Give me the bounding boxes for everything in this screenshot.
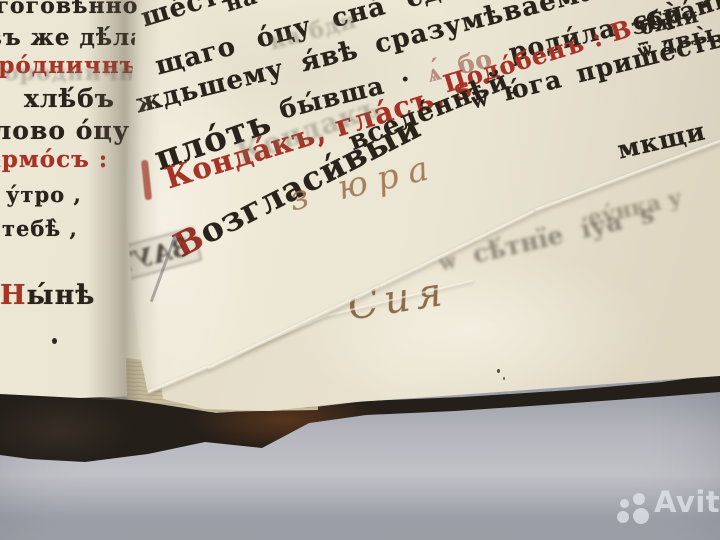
- red-ink-fleck: [141, 160, 152, 201]
- avito-logo-circle-icon: [633, 508, 649, 524]
- left-page-line-rubric: ірмо́съ :: [0, 146, 108, 173]
- ink-offset-ghost-text: ородничнъ: [4, 60, 154, 86]
- ink-fleck: [52, 338, 57, 344]
- ink-fleck: [503, 377, 505, 380]
- avito-watermark-label: Avito: [654, 485, 720, 519]
- ink-fleck: [497, 369, 500, 373]
- left-page-line: олово о́цу: [0, 116, 130, 145]
- left-page-line-nyne: Ны́нѣ: [0, 280, 95, 311]
- left-page-line: въ же дѣ́ла: [0, 24, 146, 51]
- avito-logo-circle-icon: [620, 499, 629, 508]
- avito-logo-circle-icon: [617, 511, 629, 523]
- avito-logo-circle-icon: [633, 493, 645, 505]
- avito-watermark: Avito: [606, 487, 720, 533]
- left-page-line: у́тро ,: [6, 182, 82, 207]
- left-page-line: тебѣ̀ ,: [2, 216, 78, 241]
- rubricated-initial: Н: [0, 280, 27, 311]
- left-page-line-rest: ы́нѣ: [27, 280, 96, 311]
- left-page-line: благоговѣ́нно: [0, 0, 138, 19]
- left-page-line: хлѣ́бъ: [24, 84, 115, 113]
- photo-of-old-manuscript-book: благоговѣ́нно въ же дѣ́ла оро́дничнъ : х…: [0, 0, 720, 540]
